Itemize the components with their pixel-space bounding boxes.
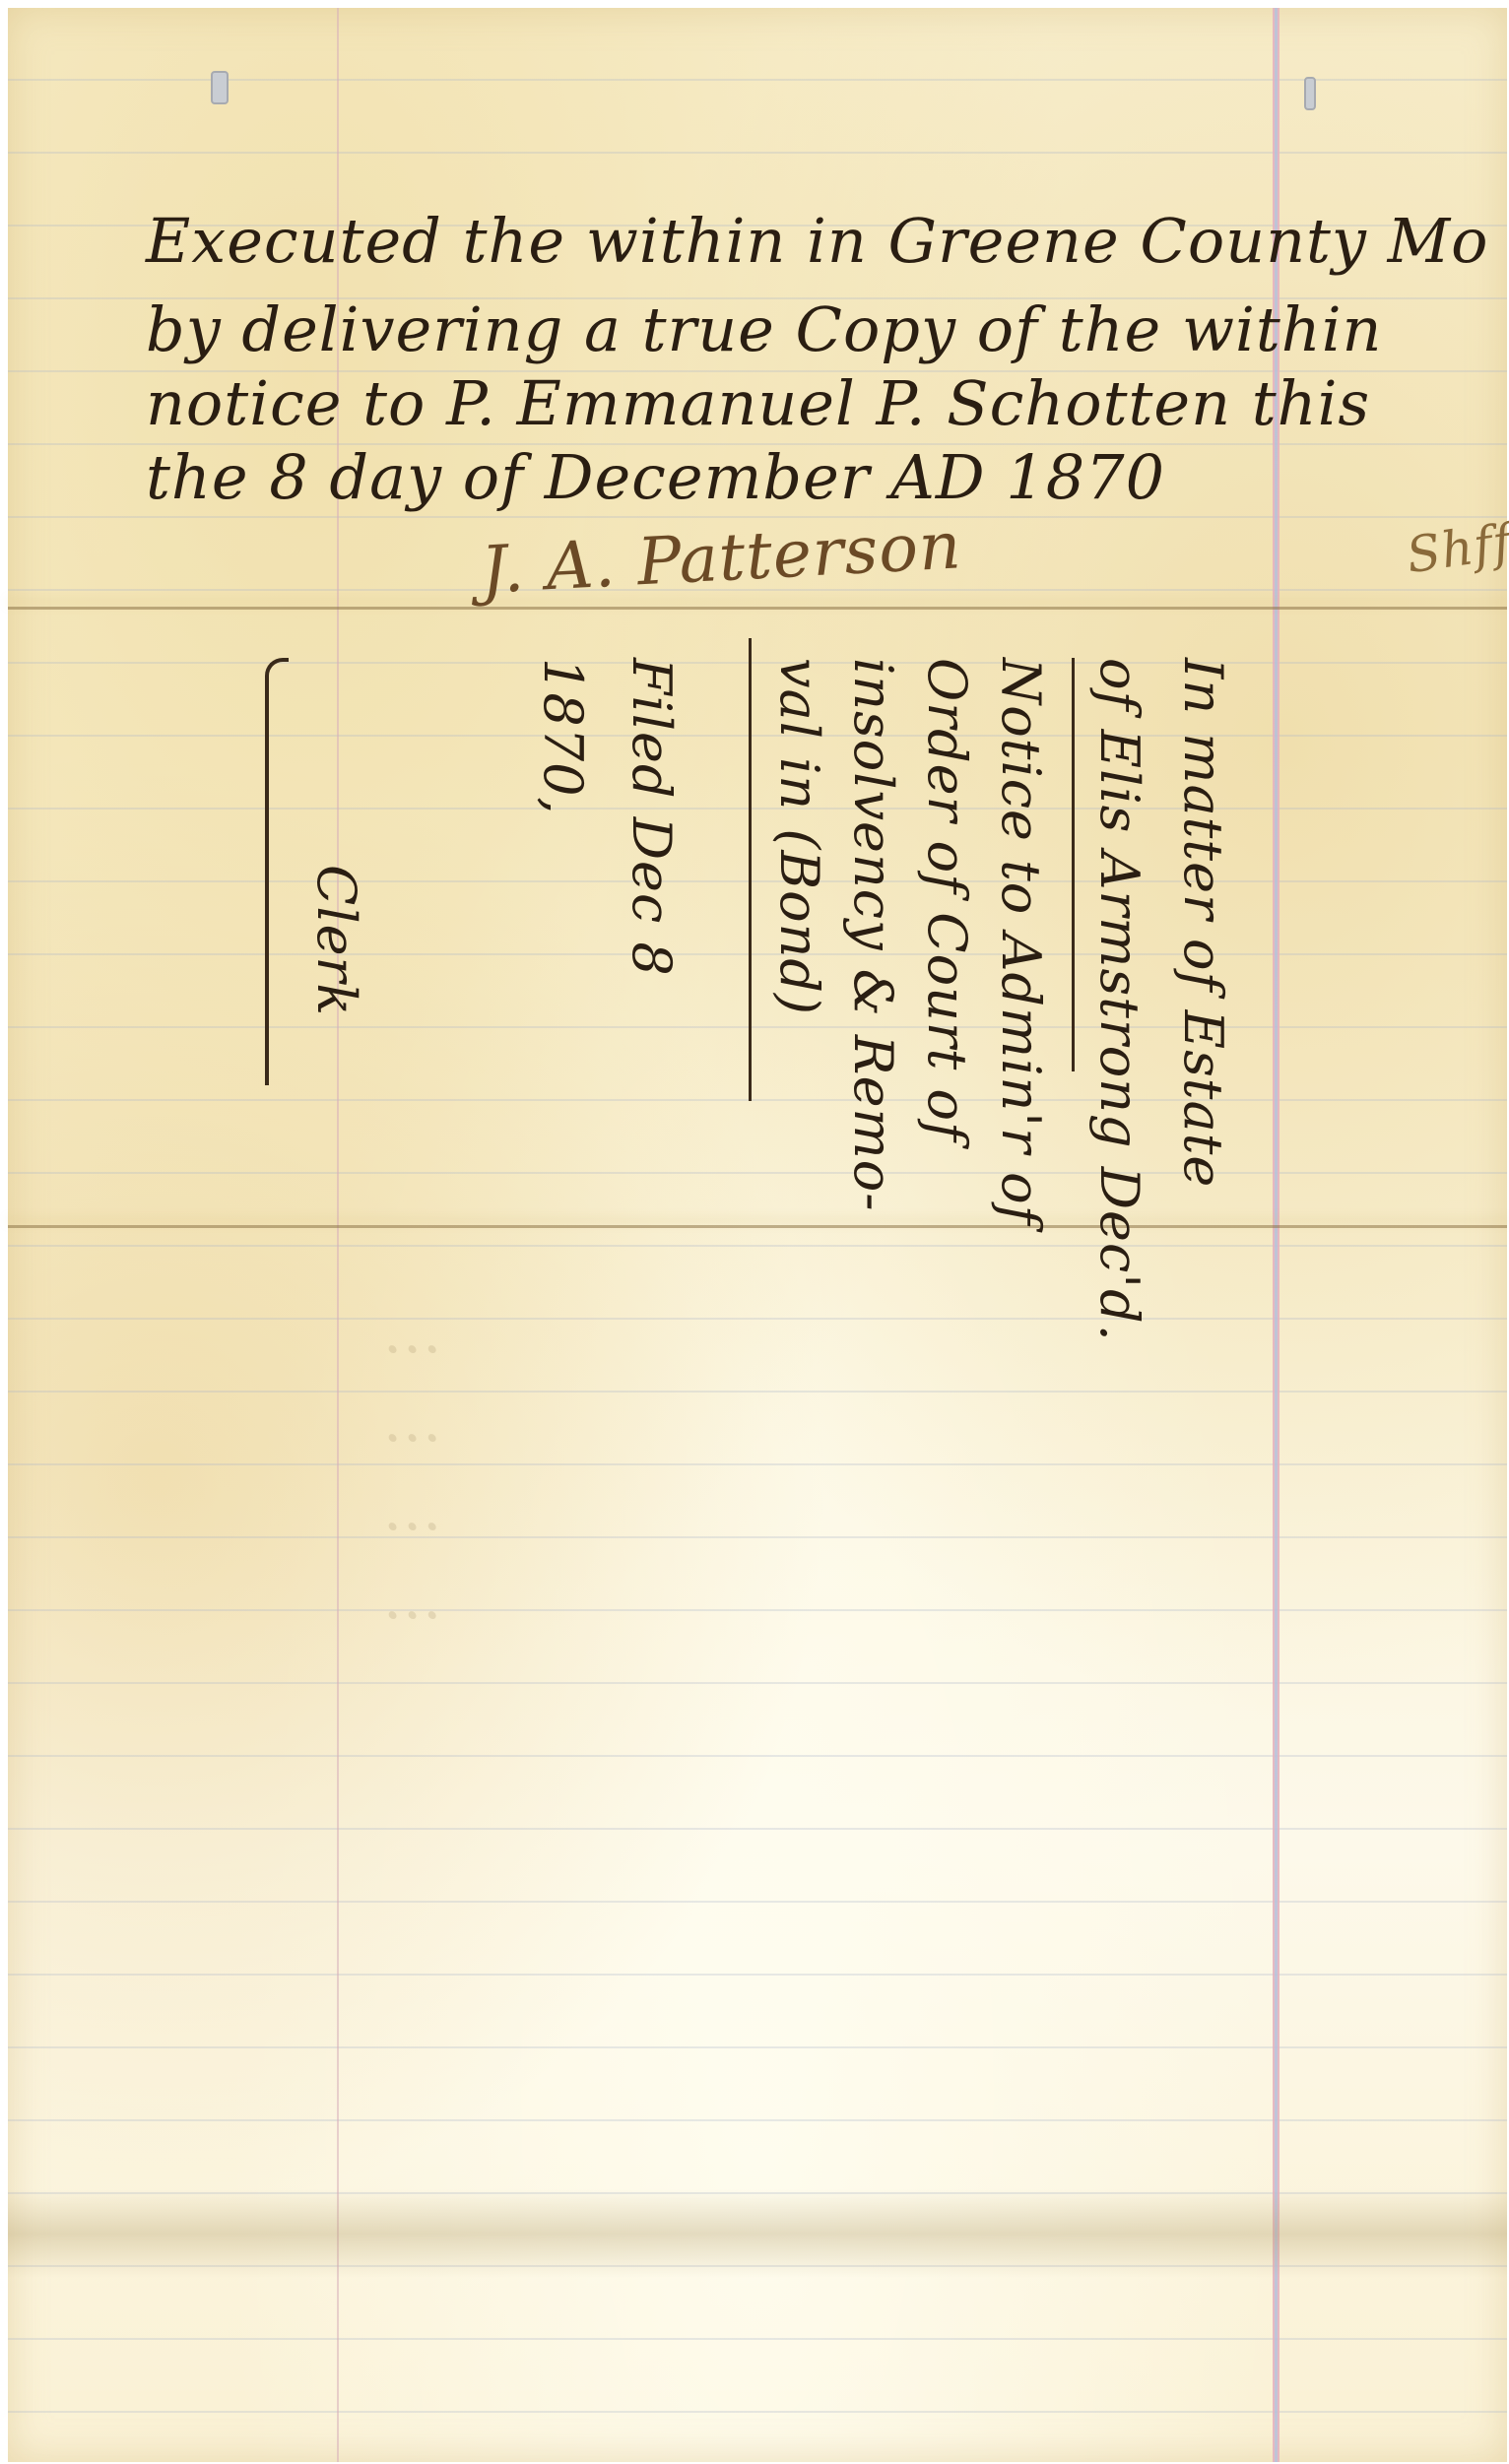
bleed-through-text: ... — [382, 1475, 441, 1544]
docket-divider — [1072, 658, 1075, 1071]
stain-band — [8, 2189, 1507, 2278]
punch-hole-right — [1304, 77, 1316, 110]
docket-divider — [749, 638, 752, 1101]
document-page: ... ... ... ... Executed the within in G… — [8, 8, 1507, 2462]
docket-filed-date: Filed Dec 8 — [621, 658, 683, 977]
bleed-through-text: ... — [382, 1564, 441, 1633]
docket-filed-year: 1870, — [532, 658, 594, 815]
clerk-flourish — [265, 658, 289, 1085]
docket-document-line: val in (Bond) — [768, 658, 830, 1015]
sheriff-title: Shff — [1403, 513, 1509, 584]
docket-court: In matter of Estate — [1172, 658, 1234, 1188]
punch-hole-left — [211, 71, 229, 104]
return-line: notice to P. Emmanuel P. Schotten this — [146, 367, 1370, 439]
docket-clerk-signature: Clerk — [305, 865, 367, 1016]
return-line: the 8 day of December AD 1870 — [146, 441, 1165, 513]
bleed-through-text: ... — [382, 1387, 441, 1456]
return-line: Executed the within in Greene County Mo — [146, 205, 1488, 277]
bleed-through-text: ... — [382, 1298, 441, 1367]
fold-crease-lower — [8, 1225, 1507, 1228]
docket-document-line: insolvency & Remo- — [842, 658, 904, 1212]
docket-estate-name: of Elis Armstrong Dec'd. — [1088, 658, 1150, 1342]
sheriff-signature: J. A. Patterson — [479, 507, 963, 608]
docket-document-line: Order of Court of — [916, 658, 978, 1142]
return-line: by delivering a true Copy of the within — [146, 293, 1382, 365]
docket-document-line: Notice to Admin'r of — [990, 658, 1052, 1226]
fold-crease-upper — [8, 607, 1507, 610]
